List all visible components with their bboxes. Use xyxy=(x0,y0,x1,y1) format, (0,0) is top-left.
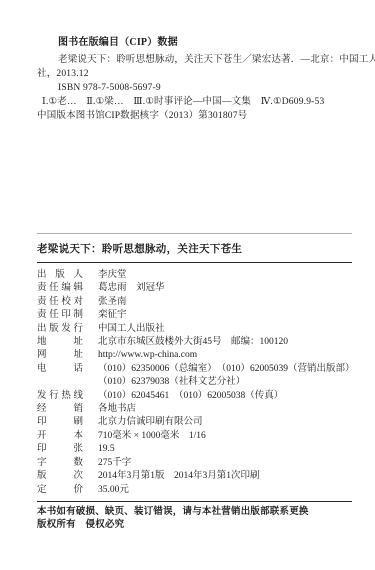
colophon-row-value: 710毫米 × 1000毫米 1/16 xyxy=(83,430,206,443)
colophon-row-label: 网址 xyxy=(37,349,83,362)
colophon-row: 责任编辑 葛忠雨 刘冠华 xyxy=(37,282,352,295)
colophon-row-value: 2014年3月第1版 2014年3月第1次印刷 xyxy=(83,470,260,483)
colophon-row: 责任印制 栾征宇 xyxy=(37,309,352,322)
colophon-table: 出版人 李庆堂 责任编辑 葛忠雨 刘冠华 责任校对 张圣南 责任印制 栾征宇 出… xyxy=(37,269,352,497)
isbn-line: ISBN 978-7-5008-5697-9 xyxy=(37,81,352,95)
colophon-row-value: 19.5 xyxy=(83,443,115,456)
colophon-row-label: 开本 xyxy=(37,430,83,443)
colophon-row-label: 地址 xyxy=(37,336,83,349)
colophon-row-value: 李庆堂 xyxy=(83,269,127,282)
notice-section: 本书如有破损、缺页、装订错误，请与本社营销出版部联系更换 版权所有 侵权必究 xyxy=(37,501,352,532)
colophon-row-label: 定价 xyxy=(37,484,83,497)
copyright-notice: 版权所有 侵权必究 xyxy=(37,519,352,532)
divider-above-notice xyxy=(37,501,352,502)
colophon-row: 经销 各地书店 xyxy=(37,403,352,416)
colophon-row-label: 责任校对 xyxy=(37,296,83,309)
colophon-row-label: 印张 xyxy=(37,443,83,456)
book-copyright-page: 图书在版编目（CIP）数据 老梁说天下：聆听思想脉动，关注天下苍生／梁宏达著．—… xyxy=(0,0,375,570)
colophon-row-value: 北京市东城区鼓楼外大街45号 邮编：100120 xyxy=(83,336,288,349)
colophon-row-value: 中国工人出版社 xyxy=(83,323,165,336)
colophon-row: 电话 （010）62350006（总编室） （010）62005039（营销出版… xyxy=(37,363,352,390)
colophon-row: 地址 北京市东城区鼓楼外大街45号 邮编：100120 xyxy=(37,336,352,349)
colophon-row-label: 发行热线 xyxy=(37,390,83,403)
cip-header: 图书在版编目（CIP）数据 xyxy=(37,36,352,50)
colophon-row-label: 出版发行 xyxy=(37,323,83,336)
colophon-book-title: 老梁说天下：聆听思想脉动，关注天下苍生 xyxy=(37,242,352,257)
cip-data-section: 图书在版编目（CIP）数据 老梁说天下：聆听思想脉动，关注天下苍生／梁宏达著．—… xyxy=(37,36,352,123)
colophon-row-value: 275千字 xyxy=(83,457,131,470)
colophon-row-value: http://www.wp-china.com xyxy=(83,349,197,362)
colophon-row-label: 责任印制 xyxy=(37,309,83,322)
colophon-row-value: 35.00元 xyxy=(83,484,129,497)
colophon-row: 印张 19.5 xyxy=(37,443,352,456)
colophon-row-label: 版次 xyxy=(37,470,83,483)
colophon-row-label: 经销 xyxy=(37,403,83,416)
colophon-row-value: （010）62350006（总编室） （010）62005039（营销出版部）（… xyxy=(83,363,355,390)
cip-record-number: 中国版本图书馆CIP数据核字（2013）第301807号 xyxy=(37,109,352,123)
colophon-row-value: 北京力信诚印刷有限公司 xyxy=(83,416,203,429)
classification-line: Ⅰ.①老… Ⅱ.①梁… Ⅲ.①时事评论—中国—文集 Ⅳ.①D609.9-53 xyxy=(37,95,352,109)
colophon-row: 发行热线 （010）62045461 （010）62005038（传真） xyxy=(37,390,352,403)
colophon-row: 字数 275千字 xyxy=(37,457,352,470)
colophon-row: 印刷 北京力信诚印刷有限公司 xyxy=(37,416,352,429)
colophon-row: 出版发行 中国工人出版社 xyxy=(37,323,352,336)
colophon-row: 网址 http://www.wp-china.com xyxy=(37,349,352,362)
colophon-row-value: 葛忠雨 刘冠华 xyxy=(83,282,165,295)
colophon-row-label: 字数 xyxy=(37,457,83,470)
colophon-row-label: 出版人 xyxy=(37,269,83,282)
colophon-row: 责任校对 张圣南 xyxy=(37,296,352,309)
cip-book-description-line2: 社，2013.12 xyxy=(37,67,352,81)
colophon-row: 出版人 李庆堂 xyxy=(37,269,352,282)
divider-below-title xyxy=(37,262,352,263)
divider-above-title xyxy=(37,233,352,234)
cip-book-description-line1: 老梁说天下：聆听思想脉动，关注天下苍生／梁宏达著．—北京：中国工人出版 xyxy=(37,53,352,67)
colophon-row-value: 栾征宇 xyxy=(83,309,127,322)
colophon-row-value: （010）62045461 （010）62005038（传真） xyxy=(83,390,283,403)
colophon-row-label: 电话 xyxy=(37,363,83,376)
colophon-row: 开本 710毫米 × 1000毫米 1/16 xyxy=(37,430,352,443)
colophon-section: 老梁说天下：聆听思想脉动，关注天下苍生 出版人 李庆堂 责任编辑 葛忠雨 刘冠华… xyxy=(37,233,352,497)
colophon-row: 版次 2014年3月第1版 2014年3月第1次印刷 xyxy=(37,470,352,483)
colophon-row-value: 各地书店 xyxy=(83,403,136,416)
colophon-row-label: 印刷 xyxy=(37,416,83,429)
colophon-row-value: 张圣南 xyxy=(83,296,127,309)
colophon-row: 定价 35.00元 xyxy=(37,484,352,497)
damage-replacement-notice: 本书如有破损、缺页、装订错误，请与本社营销出版部联系更换 xyxy=(37,506,352,519)
colophon-row-label: 责任编辑 xyxy=(37,282,83,295)
